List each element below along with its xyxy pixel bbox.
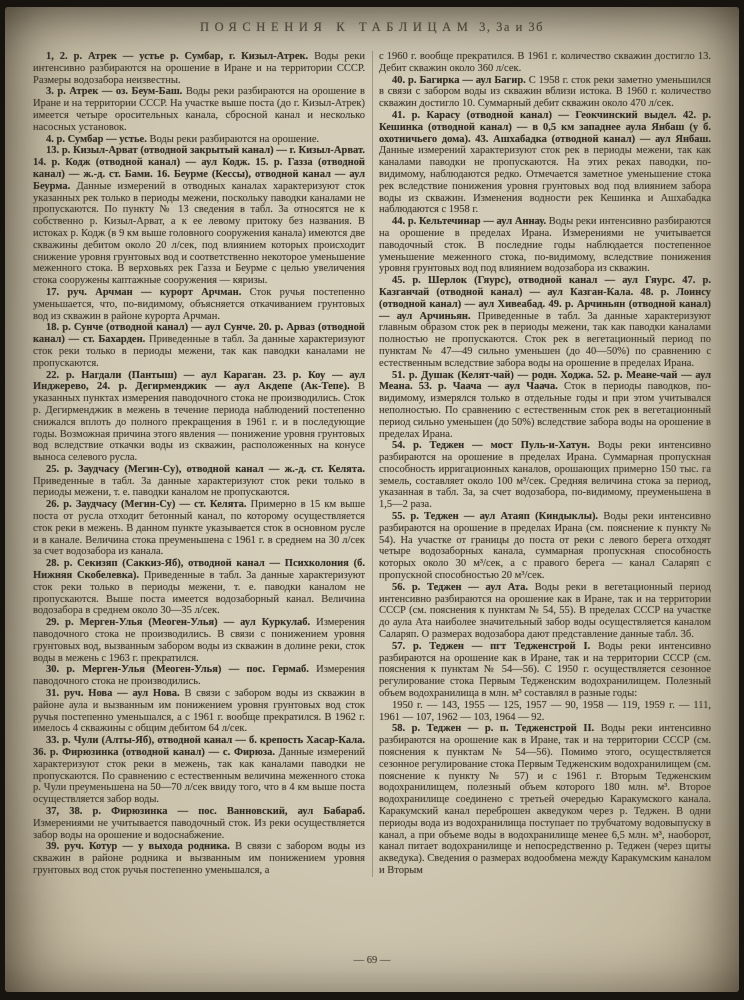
- entry-heading: 51. р. Душак (Келят-чай) — родн. Ходжа. …: [379, 370, 711, 393]
- paragraph: 1, 2. р. Атрек — устье р. Сумбар, г. Киз…: [33, 51, 365, 86]
- entry-heading: 1, 2. р. Атрек — устье р. Сумбар, г. Киз…: [46, 51, 314, 62]
- paragraph: 33. р. Чули (Алты-Яб), отводной канал — …: [33, 735, 365, 806]
- paragraph: с 1960 г. вообще прекратился. В 1961 г. …: [379, 51, 711, 75]
- paragraph: 31. руч. Нова — аул Нова. В связи с забо…: [33, 688, 365, 735]
- entry-heading: 55. р. Теджен — аул Атаяп (Киндыклы).: [392, 511, 603, 522]
- paragraph: 45. р. Шерлок (Гяурс), отводной канал — …: [379, 275, 711, 369]
- paragraph: 58. р. Теджен — р. п. Тедженстрой II. Во…: [379, 723, 711, 876]
- entry-heading: 57. р. Теджен — пгт Тедженстрой I.: [392, 641, 598, 652]
- entry-heading: 26. р. Заудчасу (Мегин-Су) — ст. Келята.: [46, 499, 251, 510]
- paragraph: 55. р. Теджен — аул Атаяп (Киндыклы). Во…: [379, 511, 711, 582]
- text-columns: 1, 2. р. Атрек — устье р. Сумбар, г. Киз…: [33, 51, 711, 877]
- paragraph: 40. р. Багирка — аул Багир. С 1958 г. ст…: [379, 75, 711, 110]
- left-column: 1, 2. р. Атрек — устье р. Сумбар, г. Киз…: [33, 51, 373, 877]
- paragraph: 22. р. Нагдали (Пантыш) — аул Караган. 2…: [33, 370, 365, 464]
- scanned-book-page: ПОЯСНЕНИЯ К ТАБЛИЦАМ 3, 3а и 3б 1, 2. р.…: [5, 7, 739, 992]
- page-title: ПОЯСНЕНИЯ К ТАБЛИЦАМ 3, 3а и 3б: [5, 20, 739, 35]
- paragraph: 57. р. Теджен — пгт Тедженстрой I. Воды …: [379, 641, 711, 700]
- entry-heading: 4. р. Сумбар — устье.: [46, 134, 149, 145]
- paragraph: 1950 г. — 143, 1955 — 125, 1957 — 90, 19…: [379, 700, 711, 724]
- entry-heading: 28. р. Секизяп (Саккиз-Яб), отводной кан…: [33, 558, 365, 581]
- entry-heading: 22. р. Нагдали (Пантыш) — аул Караган. 2…: [33, 370, 365, 393]
- paragraph: 4. р. Сумбар — устье. Воды реки разбираю…: [33, 134, 365, 146]
- entry-heading: 25. р. Заудчасу (Мегин-Су), отводной кан…: [46, 464, 365, 475]
- page-title-tables: 3, 3а и 3б: [479, 20, 544, 34]
- paragraph: 29. р. Мерген-Улья (Меоген-Улья) — аул К…: [33, 617, 365, 664]
- paragraph: 3. р. Атрек — оз. Беум-Баш. Воды реки ра…: [33, 86, 365, 133]
- entry-heading: 13. р. Кизыл-Арват (отводной закрытый ка…: [33, 145, 365, 191]
- paragraph: 37, 38. р. Фирюзинка — пос. Ванновский, …: [33, 806, 365, 841]
- paragraph: 56. р. Теджен — аул Ата. Воды реки в вег…: [379, 582, 711, 641]
- entry-heading: 31. руч. Нова — аул Нова.: [46, 688, 184, 699]
- entry-heading: 18. р. Сунче (отводной канал) — аул Сунч…: [33, 322, 365, 345]
- entry-heading: 33. р. Чули (Алты-Яб), отводной канал — …: [33, 735, 365, 758]
- paragraph: 26. р. Заудчасу (Мегин-Су) — ст. Келята.…: [33, 499, 365, 558]
- paragraph: 25. р. Заудчасу (Мегин-Су), отводной кан…: [33, 464, 365, 499]
- paragraph: 13. р. Кизыл-Арват (отводной закрытый ка…: [33, 145, 365, 287]
- entry-heading: 56. р. Теджен — аул Ата.: [392, 582, 535, 593]
- paragraph: 17. руч. Арчман — курорт Арчман. Сток ру…: [33, 287, 365, 322]
- entry-heading: 37, 38. р. Фирюзинка — пос. Ванновский, …: [46, 806, 365, 817]
- entry-heading: 45. р. Шерлок (Гяурс), отводной канал — …: [379, 275, 711, 321]
- entry-heading: 41. р. Карасу (отводной канал) — Геокчин…: [379, 110, 711, 145]
- entry-heading: 44. р. Кельтечинар — аул Аннау.: [392, 216, 549, 227]
- entry-heading: 30. р. Мерген-Улья (Меоген-Улья) — пос. …: [46, 664, 316, 675]
- page-number: — 69 —: [5, 955, 739, 966]
- paragraph: 18. р. Сунче (отводной канал) — аул Сунч…: [33, 322, 365, 369]
- entry-heading: 54. р. Теджен — мост Пуль-и-Хатун.: [392, 440, 598, 451]
- entry-heading: 58. р. Теджен — р. п. Тедженстрой II.: [392, 723, 601, 734]
- paragraph: 41. р. Карасу (отводной канал) — Геокчин…: [379, 110, 711, 216]
- entry-heading: 3. р. Атрек — оз. Беум-Баш.: [46, 86, 186, 97]
- paragraph: 51. р. Душак (Келят-чай) — родн. Ходжа. …: [379, 370, 711, 441]
- entry-heading: 39. руч. Котур — у выхода родника.: [46, 841, 235, 852]
- paragraph: 54. р. Теджен — мост Пуль-и-Хатун. Воды …: [379, 440, 711, 511]
- page-title-main: ПОЯСНЕНИЯ К ТАБЛИЦАМ: [200, 20, 474, 34]
- entry-heading: 29. р. Мерген-Улья (Меоген-Улья) — аул К…: [46, 617, 316, 628]
- paragraph: 39. руч. Котур — у выхода родника. В свя…: [33, 841, 365, 876]
- entry-heading: 40. р. Багирка — аул Багир.: [392, 75, 529, 86]
- paragraph: 30. р. Мерген-Улья (Меоген-Улья) — пос. …: [33, 664, 365, 688]
- right-column: с 1960 г. вообще прекратился. В 1961 г. …: [373, 51, 711, 877]
- entry-heading: 17. руч. Арчман — курорт Арчман.: [46, 287, 250, 298]
- paragraph: 44. р. Кельтечинар — аул Аннау. Воды рек…: [379, 216, 711, 275]
- paragraph: 28. р. Секизяп (Саккиз-Яб), отводной кан…: [33, 558, 365, 617]
